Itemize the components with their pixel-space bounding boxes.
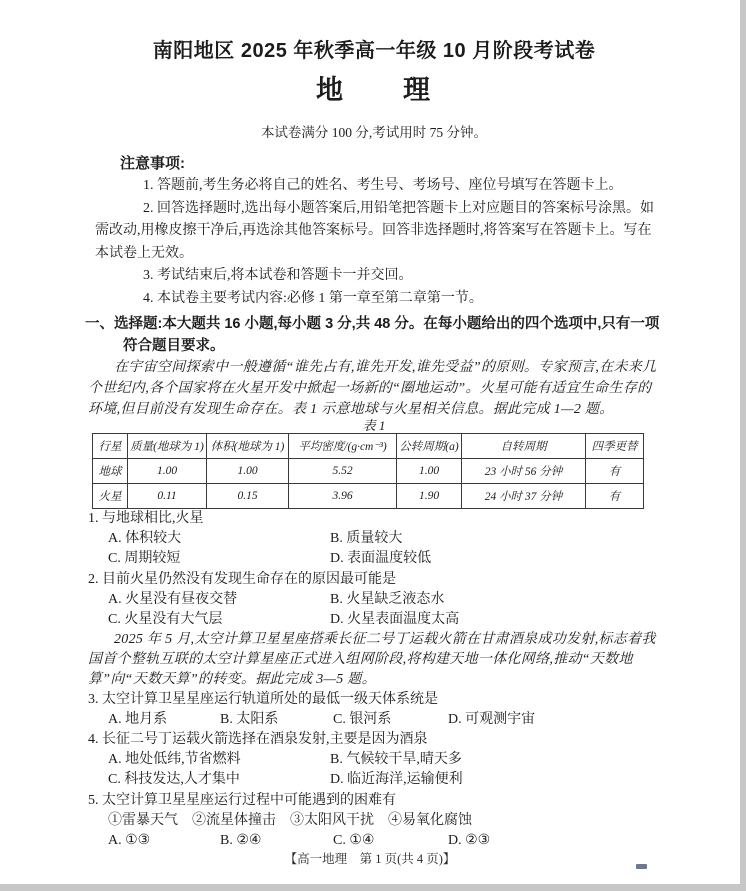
planet-info-table: 行星 质量(地球为 1) 体积(地球为 1) 平均密度/(g·cm⁻³) 公转周… — [92, 433, 644, 509]
option-1d: D. 表面温度较低 — [330, 549, 431, 569]
option-4d: D. 临近海洋,运输便利 — [330, 770, 463, 790]
table-cell: 5.52 — [289, 459, 397, 484]
question-3-stem: 3. 太空计算卫星星座运行轨道所处的最低一级天体系统是 — [88, 690, 660, 710]
page-content: 南阳地区 2025 年秋季高一年级 10 月阶段考试卷 地 理 本试卷满分 10… — [88, 38, 660, 851]
scan-edge-right — [740, 0, 746, 891]
table-cell: 地球 — [93, 459, 128, 484]
table-cell: 火星 — [93, 484, 128, 509]
ink-smudge-artifact — [636, 864, 647, 869]
section-heading: 一、选择题:本大题共 16 小题,每小题 3 分,共 48 分。在每小题给出的四… — [85, 313, 660, 357]
col-header-density: 平均密度/(g·cm⁻³) — [289, 434, 397, 459]
question-4-options-row-1: A. 地处低纬,节省燃料 B. 气候较干旱,晴天多 — [88, 750, 660, 770]
table-caption: 表 1 — [88, 418, 660, 433]
option-5b: B. ②④ — [220, 831, 333, 851]
exam-info: 本试卷满分 100 分,考试用时 75 分钟。 — [88, 124, 660, 142]
notice-item-3: 3. 考试结束后,将本试卷和答题卡一并交回。 — [95, 265, 660, 288]
table-cell: 3.96 — [289, 484, 397, 509]
col-header-planet: 行星 — [93, 434, 128, 459]
notice-heading: 注意事项: — [120, 152, 660, 175]
notice-item-4: 4. 本试卷主要考试内容:必修 1 第一章至第二章第一节。 — [95, 288, 660, 311]
option-5a: A. ①③ — [108, 831, 220, 851]
question-1-options-row-1: A. 体积较大 B. 质量较大 — [88, 529, 660, 549]
option-4c: C. 科技发达,人才集中 — [108, 770, 330, 790]
option-5c: C. ①④ — [333, 831, 448, 851]
question-3-options-row: A. 地月系 B. 太阳系 C. 银河系 D. 可观测宇宙 — [88, 710, 660, 730]
notice-item-1: 1. 答题前,考生务必将自己的姓名、考生号、考场号、座位号填写在答题卡上。 — [95, 175, 660, 198]
table-cell: 23 小时 56 分钟 — [462, 459, 586, 484]
question-1-options-row-2: C. 周期较短 D. 表面温度较低 — [88, 549, 660, 569]
table-cell: 0.15 — [207, 484, 289, 509]
question-5-options-row: A. ①③ B. ②④ C. ①④ D. ②③ — [88, 831, 660, 851]
question-2-stem: 2. 目前火星仍然没有发现生命存在的原因最可能是 — [88, 570, 660, 590]
page-footer: 【高一地理 第 1 页(共 4 页)】 — [0, 851, 740, 867]
subject-title: 地 理 — [88, 72, 660, 108]
col-header-mass: 质量(地球为 1) — [128, 434, 207, 459]
question-2-options-row-2: C. 火星没有大气层 D. 火星表面温度太高 — [88, 610, 660, 630]
exam-paper-page: 南阳地区 2025 年秋季高一年级 10 月阶段考试卷 地 理 本试卷满分 10… — [0, 0, 746, 891]
col-header-seasons: 四季更替 — [586, 434, 644, 459]
exam-title: 南阳地区 2025 年秋季高一年级 10 月阶段考试卷 — [88, 38, 660, 64]
option-2a: A. 火星没有昼夜交替 — [108, 590, 330, 610]
col-header-orbit-period: 公转周期(a) — [397, 434, 462, 459]
table-cell: 0.11 — [128, 484, 207, 509]
option-4a: A. 地处低纬,节省燃料 — [108, 750, 330, 770]
option-3b: B. 太阳系 — [220, 710, 333, 730]
table-header-row: 行星 质量(地球为 1) 体积(地球为 1) 平均密度/(g·cm⁻³) 公转周… — [93, 434, 644, 459]
table-cell: 24 小时 37 分钟 — [462, 484, 586, 509]
option-3d: D. 可观测宇宙 — [448, 710, 535, 730]
passage-satellite-intro: 2025 年 5 月,太空计算卫星星座搭乘长征二号丁运载火箭在甘肃酒泉成功发射,… — [88, 630, 660, 689]
notice-item-2: 2. 回答选择题时,选出每小题答案后,用铅笔把答题卡上对应题目的答案标号涂黑。如… — [95, 198, 660, 266]
table-row-earth: 地球 1.00 1.00 5.52 1.00 23 小时 56 分钟 有 — [93, 459, 644, 484]
question-5-stem: 5. 太空计算卫星星座运行过程中可能遇到的困难有 — [88, 791, 660, 811]
question-1-stem: 1. 与地球相比,火星 — [88, 509, 660, 529]
scan-edge-bottom — [0, 884, 746, 891]
col-header-rotation-period: 自转周期 — [462, 434, 586, 459]
option-2b: B. 火星缺乏液态水 — [330, 590, 444, 610]
question-4-stem: 4. 长征二号丁运载火箭选择在酒泉发射,主要是因为酒泉 — [88, 730, 660, 750]
table-cell: 1.00 — [207, 459, 289, 484]
table-cell: 1.00 — [397, 459, 462, 484]
col-header-volume: 体积(地球为 1) — [207, 434, 289, 459]
option-1b: B. 质量较大 — [330, 529, 402, 549]
option-3a: A. 地月系 — [108, 710, 220, 730]
question-4-options-row-2: C. 科技发达,人才集中 D. 临近海洋,运输便利 — [88, 770, 660, 790]
question-2-options-row-1: A. 火星没有昼夜交替 B. 火星缺乏液态水 — [88, 590, 660, 610]
option-1a: A. 体积较大 — [108, 529, 330, 549]
option-4b: B. 气候较干旱,晴天多 — [330, 750, 462, 770]
option-5d: D. ②③ — [448, 831, 490, 851]
question-5-choices-line: ①雷暴天气 ②流星体撞击 ③太阳风干扰 ④易氧化腐蚀 — [108, 811, 660, 831]
option-3c: C. 银河系 — [333, 710, 448, 730]
option-2c: C. 火星没有大气层 — [108, 610, 330, 630]
table-cell: 1.90 — [397, 484, 462, 509]
option-2d: D. 火星表面温度太高 — [330, 610, 459, 630]
table-cell: 1.00 — [128, 459, 207, 484]
questions-block: 1. 与地球相比,火星 A. 体积较大 B. 质量较大 C. 周期较短 D. 表… — [88, 509, 660, 851]
table-cell: 有 — [586, 484, 644, 509]
table-cell: 有 — [586, 459, 644, 484]
option-1c: C. 周期较短 — [108, 549, 330, 569]
table-row-mars: 火星 0.11 0.15 3.96 1.90 24 小时 37 分钟 有 — [93, 484, 644, 509]
passage-mars-intro: 在宇宙空间探索中一般遵循“谁先占有,谁先开发,谁先受益”的原则。专家预言,在未来… — [88, 357, 660, 420]
